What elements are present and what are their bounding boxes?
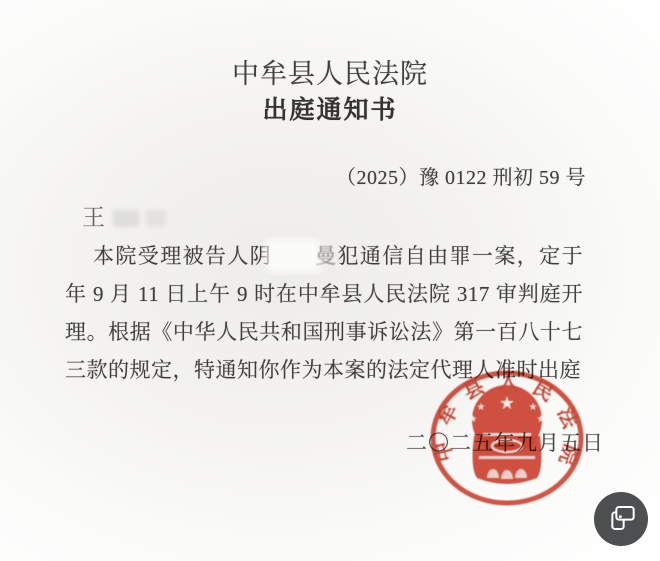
emblem-star-icon: ★ (469, 414, 478, 425)
body-line-1: 本院受理被告人阴曼犯通信自由罪一案，定于 2025 (65, 237, 583, 275)
redaction-box (272, 244, 314, 268)
body-line-1-pre: 本院受理被告人阴 (93, 244, 272, 268)
emblem-gate-roof (483, 433, 531, 436)
emblem-star-icon: ★ (499, 393, 515, 413)
court-seal: 中牟县人民法院 ★ ★ ★ ★ ★ (427, 368, 587, 508)
emblem-star-icon: ★ (537, 414, 546, 425)
body-line-1-faded-char: 曼 (314, 244, 337, 268)
emblem-gate-ledge (479, 456, 535, 459)
emblem-star-icon: ★ (529, 402, 538, 413)
body-line-3: 理。根据《中华人民共和国刑事诉讼法》第一百八十七条第 (65, 313, 583, 351)
redacted-name-smudge (146, 210, 166, 227)
rotate-screen-button[interactable] (594, 492, 648, 546)
addressee-surname: 王 (82, 205, 105, 230)
court-name-heading: 中牟县人民法院 (0, 52, 660, 91)
body-line-2: 年 9 月 11 日上午 9 时在中牟县人民法院 317 审判庭开庭审 (65, 275, 583, 313)
national-emblem-icon: ★ ★ ★ ★ ★ (469, 385, 546, 484)
addressee-line: 王 (82, 199, 166, 232)
rotate-screen-icon (603, 501, 639, 537)
notice-body: 本院受理被告人阴曼犯通信自由罪一案，定于 2025 年 9 月 11 日上午 9… (65, 237, 583, 389)
court-notice-photo: 中牟县人民法院 出庭通知书 （2025）豫 0122 刑初 59 号 王 本院受… (0, 0, 660, 561)
emblem-star-icon: ★ (477, 402, 486, 413)
redacted-name-smudge (113, 210, 139, 227)
case-number: （2025）豫 0122 刑初 59 号 (336, 161, 586, 190)
document-title: 出庭通知书 (0, 90, 660, 126)
